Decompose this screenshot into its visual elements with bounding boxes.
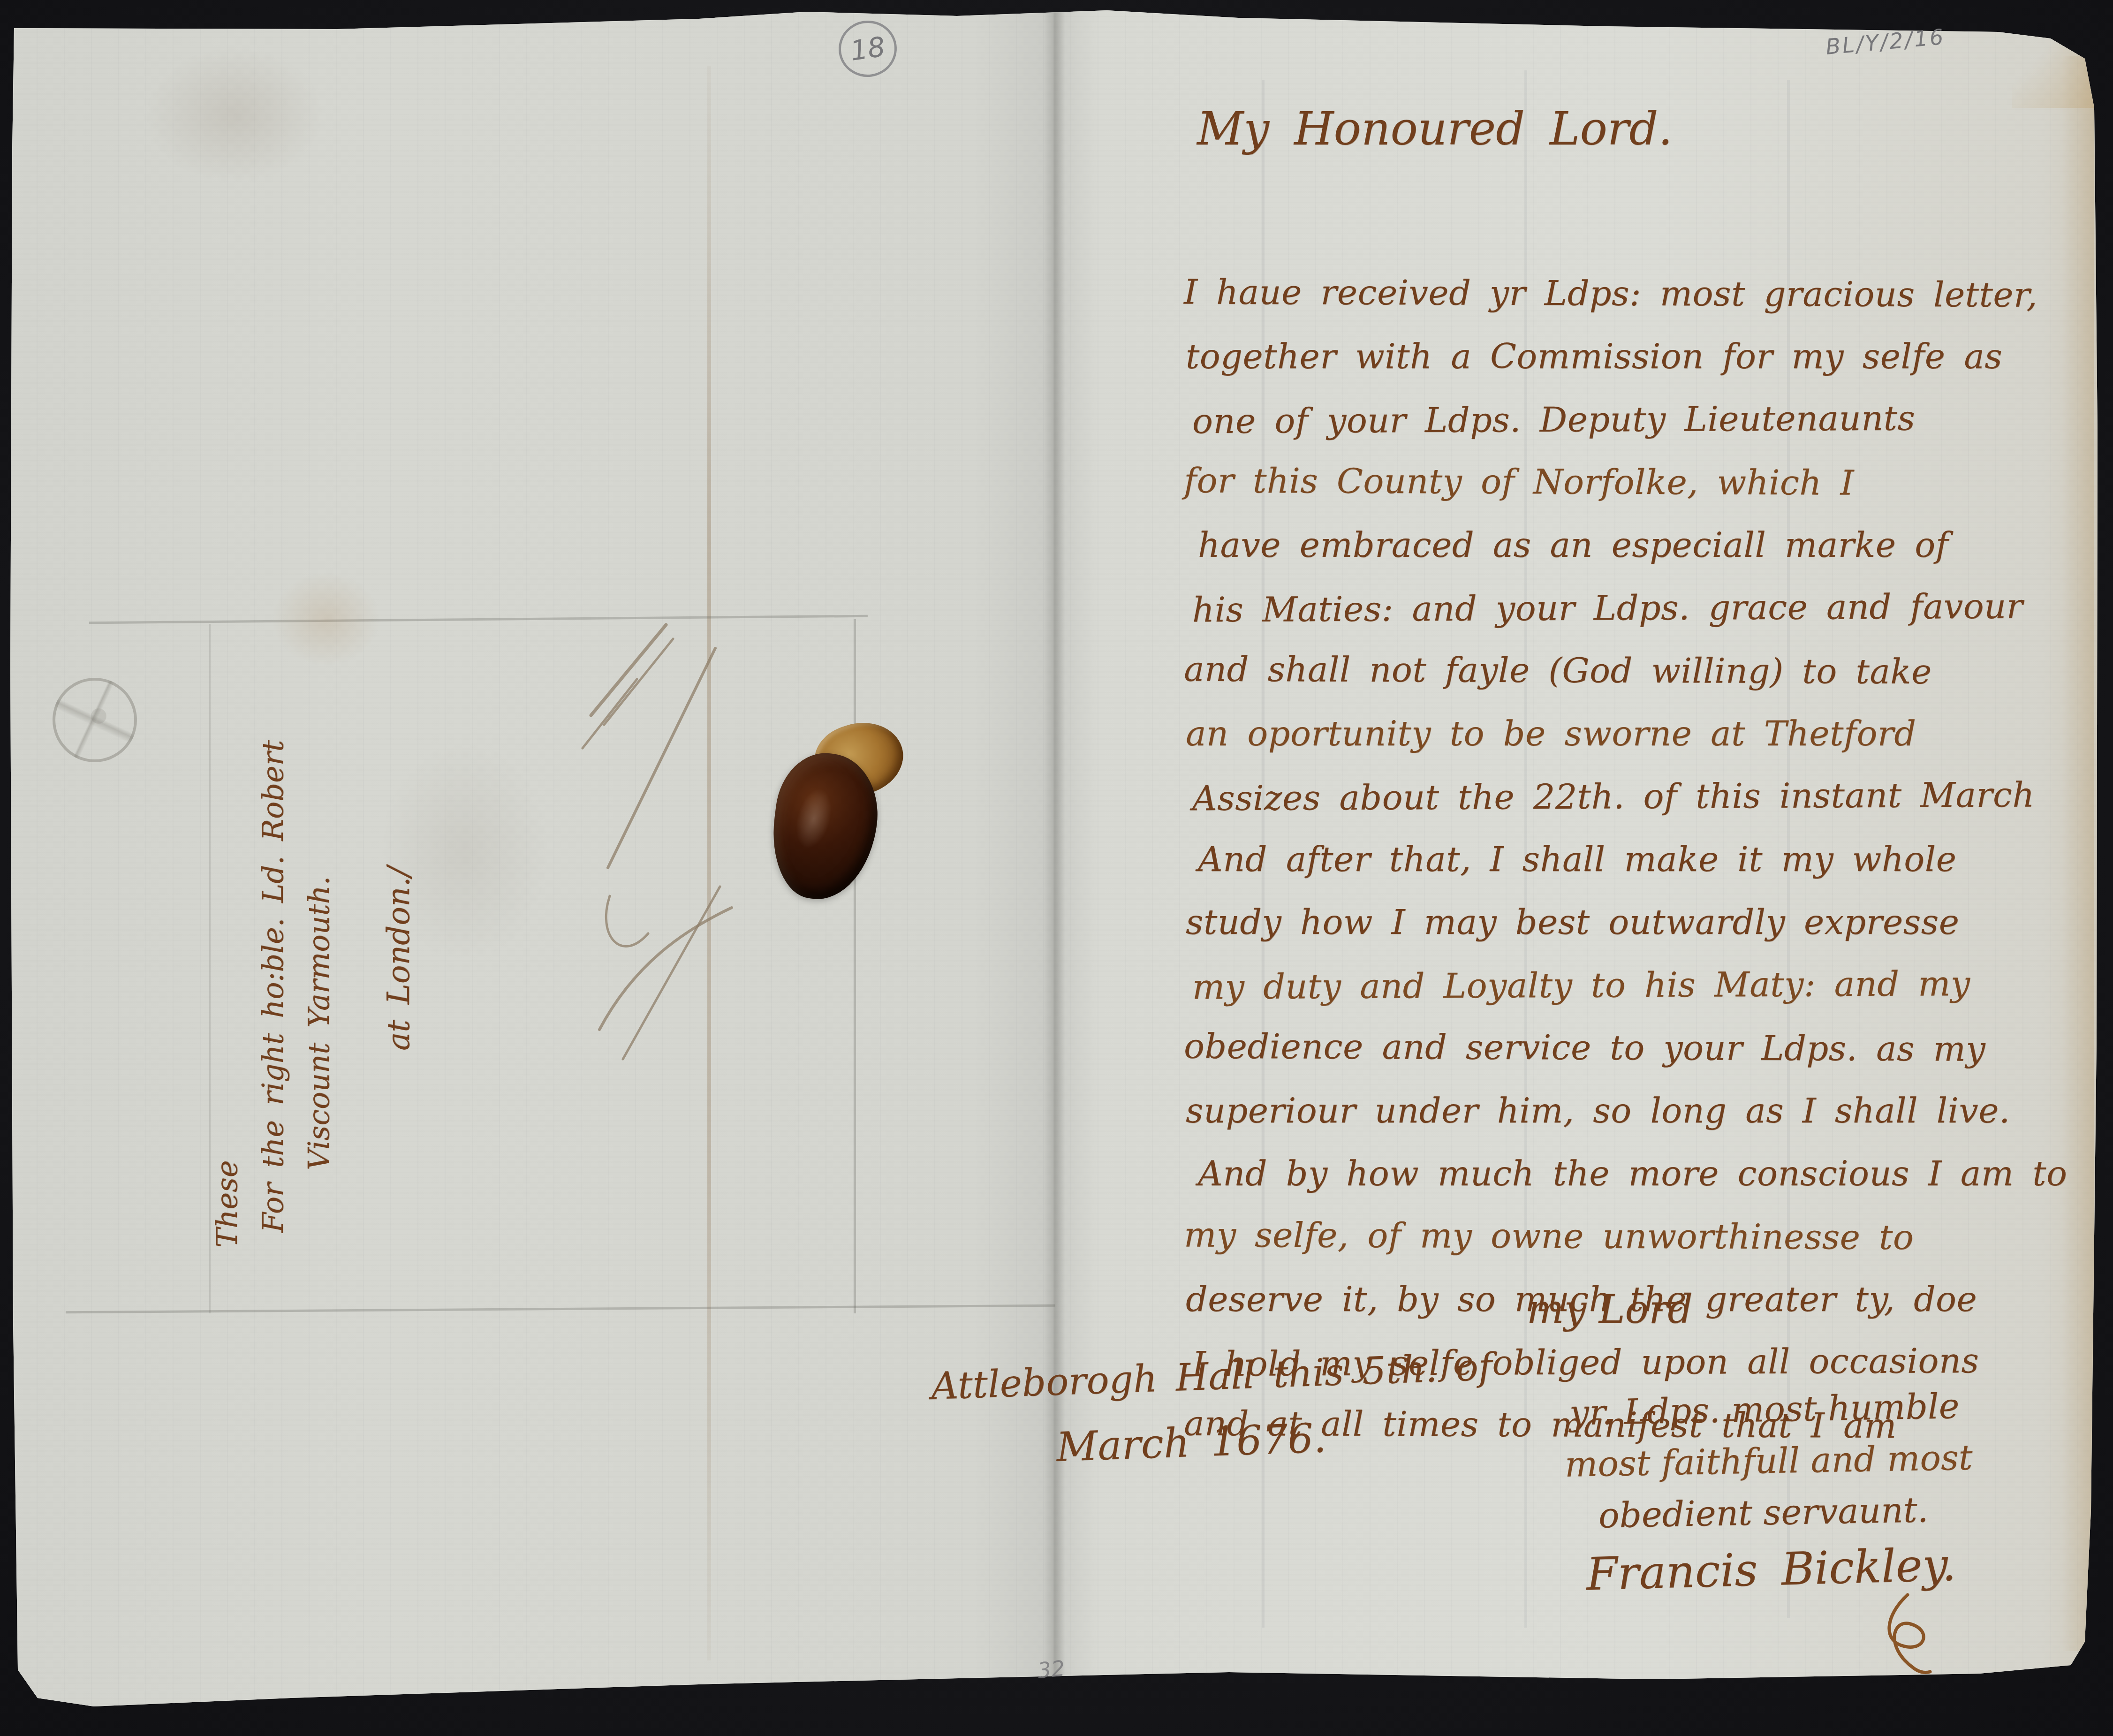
closing-block: yr. Ldps. most humble most faithfull and…	[1569, 1380, 1974, 1542]
body-line: And after that, I shall make it my whole	[1198, 828, 2113, 891]
blind-stamp-circle	[53, 678, 137, 762]
body-line: And by how much the more conscious I am …	[1198, 1143, 2113, 1205]
closing-line: yr. Ldps. most humble	[1569, 1380, 1972, 1439]
stain	[145, 47, 324, 183]
body-line: I haue received yr Ldps: most gracious l…	[1184, 261, 2105, 327]
body-line: obedience and service to your Ldps. as m…	[1184, 1016, 2105, 1082]
body-line: have embraced as an especiall marke of	[1198, 514, 2113, 577]
salutation: My Honoured Lord.	[1197, 102, 1673, 155]
body-line: my duty and Loyalty to his Maty: and my	[1192, 952, 2113, 1019]
body-line: one of your Ldps. Deputy Lieutenaunts	[1192, 387, 2113, 454]
body-line: superiour under him, so long as I shall …	[1186, 1080, 2107, 1143]
address-line: Viscount Yarmouth.	[296, 549, 342, 1170]
body-line: study how I may best outwardly expresse	[1186, 891, 2107, 954]
place-date-line-2: March 1676.	[1055, 1415, 1327, 1471]
corner-fold-damage	[2012, 38, 2097, 108]
closing-line: most faithfull and most	[1564, 1432, 1973, 1491]
pencil-scribble	[577, 605, 774, 1065]
photograph-stage: 18 BL/Y/2/16 These For the right ho:ble.…	[0, 0, 2113, 1736]
body-line: Assizes about the 22th. of this instant …	[1192, 764, 2113, 831]
body-line: together with a Commission for my selfe …	[1186, 326, 2107, 388]
valediction: my Lord	[1527, 1286, 1693, 1332]
address-line: For the right ho:ble. Ld. Robert	[250, 549, 296, 1233]
address-line: These	[204, 549, 250, 1248]
letter-body: I haue received yr Ldps: most gracious l…	[1186, 263, 2107, 1457]
folio-number: 18	[848, 30, 887, 67]
body-line: for this County of Norfolke, which I	[1184, 450, 2105, 516]
body-line: and shall not fayle (God willing) to tak…	[1184, 638, 2105, 705]
closing-line: obedient servaunt.	[1598, 1484, 1974, 1542]
signature-flourish	[1869, 1591, 1944, 1680]
body-line: my selfe, of my owne unworthinesse to	[1184, 1204, 2105, 1270]
body-line: an oportunity to be sworne at Thetford	[1186, 703, 2107, 766]
horizontal-crease	[66, 1304, 1055, 1314]
body-line: his Maties: and your Ldps. grace and fav…	[1192, 575, 2113, 642]
address-line: at London./	[376, 549, 422, 1051]
page-number-pencil: 32	[1036, 1655, 1066, 1683]
address-block: These For the right ho:ble. Ld. Robert V…	[204, 549, 415, 1252]
